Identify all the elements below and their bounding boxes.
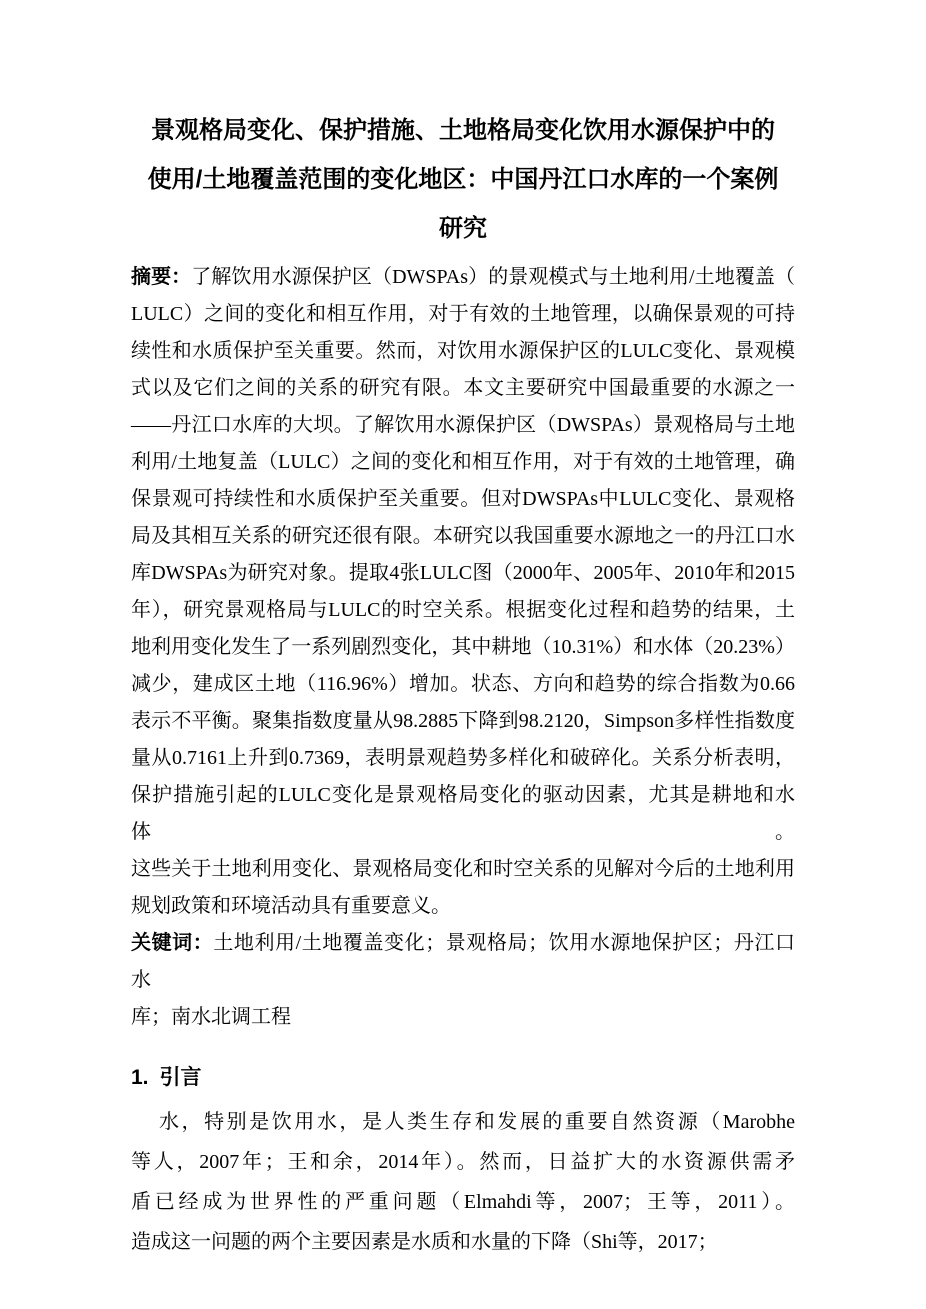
- section-heading-introduction: 1.引言: [131, 1062, 795, 1094]
- paper-title: 景观格局变化、保护措施、土地格局变化饮用水源保护中的 使用/土地覆盖范围的变化地…: [131, 106, 795, 253]
- abstract-line: ——丹江口水库的大坝。了解饮用水源保护区（DWSPAs）景观格局与土地: [131, 407, 795, 444]
- paper-title-line-2: 使用/土地覆盖范围的变化地区：中国丹江口水库的一个案例: [131, 155, 795, 204]
- abstract-line: 式以及它们之间的关系的研究有限。本文主要研究中国最重要的水源之一: [131, 370, 795, 407]
- intro-line: 造成这一问题的两个主要因素是水质和水量的下降（Shi等，2017；: [131, 1222, 795, 1262]
- keywords-paragraph: 关键词：土地利用/土地覆盖变化；景观格局；饮用水源地保护区；丹江口水 库；南水北…: [131, 925, 795, 1036]
- abstract-line: 量从0.7161上升到0.7369，表明景观趋势多样化和破碎化。关系分析表明，: [131, 740, 795, 777]
- document-page: 景观格局变化、保护措施、土地格局变化饮用水源保护中的 使用/土地覆盖范围的变化地…: [0, 0, 926, 1309]
- paper-title-line-3: 研究: [131, 204, 795, 253]
- abstract-paragraph: 摘要：了解饮用水源保护区（DWSPAs）的景观模式与土地利用/土地覆盖（ LUL…: [131, 259, 795, 925]
- intro-line: 盾已经成为世界性的严重问题（Elmahdi等，2007；王等，2011）。: [131, 1182, 795, 1222]
- abstract-first-line-text: 了解饮用水源保护区（DWSPAs）的景观模式与土地利用/土地覆盖（: [191, 266, 795, 288]
- intro-line: 水，特别是饮用水，是人类生存和发展的重要自然资源（Marobhe: [131, 1102, 795, 1142]
- abstract-line: 利用/土地复盖（LULC）之间的变化和相互作用，对于有效的土地管理，确: [131, 444, 795, 481]
- abstract-line: 摘要：了解饮用水源保护区（DWSPAs）的景观模式与土地利用/土地覆盖（: [131, 259, 795, 296]
- abstract-line: 这些关于土地利用变化、景观格局变化和时空关系的见解对今后的土地利用: [131, 851, 795, 888]
- abstract-line: 库DWSPAs为研究对象。提取4张LULC图（2000年、2005年、2010年…: [131, 555, 795, 592]
- abstract-line: 局及其相互关系的研究还很有限。本研究以我国重要水源地之一的丹江口水: [131, 518, 795, 555]
- abstract-line: LULC）之间的变化和相互作用，对于有效的土地管理，以确保景观的可持: [131, 296, 795, 333]
- keywords-label: 关键词：: [131, 932, 213, 954]
- section-number: 1.: [131, 1066, 149, 1089]
- abstract-line: 年），研究景观格局与LULC的时空关系。根据变化过程和趋势的结果，土: [131, 592, 795, 629]
- abstract-line: 地利用变化发生了一系列剧烈变化，其中耕地（10.31%）和水体（20.23%）: [131, 629, 795, 666]
- abstract-line: 保景观可持续性和水质保护至关重要。但对DWSPAs中LULC变化、景观格: [131, 481, 795, 518]
- keywords-line: 关键词：土地利用/土地覆盖变化；景观格局；饮用水源地保护区；丹江口水: [131, 925, 795, 999]
- abstract-last-line: 规划政策和环境活动具有重要意义。: [131, 888, 795, 925]
- abstract-line: 保护措施引起的LULC变化是景观格局变化的驱动因素，尤其是耕地和水体。: [131, 777, 795, 851]
- abstract-line: 续性和水质保护至关重要。然而，对饮用水源保护区的LULC变化、景观模: [131, 333, 795, 370]
- page-content: 景观格局变化、保护措施、土地格局变化饮用水源保护中的 使用/土地覆盖范围的变化地…: [131, 0, 795, 1262]
- abstract-line: 表示不平衡。聚集指数度量从98.2885下降到98.2120，Simpson多样…: [131, 703, 795, 740]
- keywords-last-line: 库；南水北调工程: [131, 999, 795, 1036]
- abstract-label: 摘要：: [131, 266, 191, 288]
- intro-line: 等人，2007年；王和余，2014年）。然而，日益扩大的水资源供需矛: [131, 1142, 795, 1182]
- abstract-line: 减少，建成区土地（116.96%）增加。状态、方向和趋势的综合指数为0.66: [131, 666, 795, 703]
- introduction-paragraph: 水，特别是饮用水，是人类生存和发展的重要自然资源（Marobhe 等人，2007…: [131, 1102, 795, 1262]
- keywords-first-line-text: 土地利用/土地覆盖变化；景观格局；饮用水源地保护区；丹江口水: [131, 932, 795, 991]
- paper-title-line-1: 景观格局变化、保护措施、土地格局变化饮用水源保护中的: [131, 106, 795, 155]
- section-title: 引言: [160, 1066, 202, 1089]
